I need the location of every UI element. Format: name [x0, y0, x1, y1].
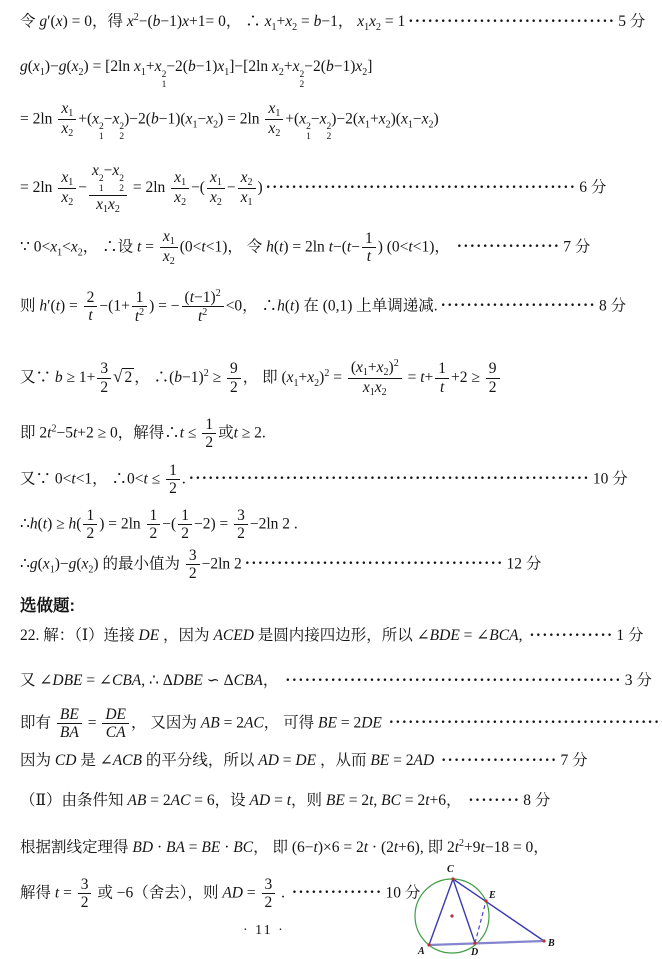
math-var: BC: [381, 792, 401, 809]
denominator: 2: [166, 480, 180, 497]
math-var: h: [30, 515, 38, 532]
text-run: −2ln 2: [202, 555, 242, 572]
label-D: D: [470, 947, 478, 957]
text-run: ∴: [20, 555, 30, 572]
text-run: = 2: [401, 792, 425, 809]
subscript: 2: [248, 177, 253, 188]
circle-center-point: [450, 914, 453, 917]
text-run: ) 在 (0,1) 上单调递减.: [294, 297, 437, 314]
point-B: [542, 939, 545, 942]
text-run: ): [258, 179, 263, 196]
text-run: ， ∴(: [134, 369, 174, 386]
dot-leader: ··············: [292, 884, 383, 901]
text-run: ·: [220, 839, 233, 856]
text-run: .: [277, 884, 289, 901]
text-run: )−2(: [331, 110, 358, 127]
text-run: 是圆内接四边形，所以 ∠: [254, 627, 430, 644]
text-run: <1)，: [413, 238, 454, 255]
math-var: x: [210, 169, 217, 186]
subscript: 2: [68, 197, 73, 208]
math-var: AB: [127, 792, 146, 809]
text-run: −1)(: [159, 110, 186, 127]
text-run: ]: [367, 58, 372, 75]
subscript: 1: [275, 108, 280, 119]
text-run: 解得: [20, 884, 55, 901]
text-run: 1: [205, 416, 213, 433]
text-run: +: [276, 13, 285, 30]
text-run: 2: [86, 525, 94, 542]
denominator: 2: [262, 894, 276, 911]
point-C: [451, 877, 454, 880]
text-run: −1): [196, 58, 218, 75]
text-run: ∽ Δ: [203, 672, 234, 689]
text-run: 9: [489, 360, 497, 377]
text-run: 2: [265, 894, 273, 911]
denominator: x2: [58, 120, 76, 139]
text-run: 的平分线，所以: [142, 752, 258, 769]
numerator: 9: [227, 360, 241, 378]
text-run: = 2ln: [20, 179, 56, 196]
fraction: 1t2: [132, 289, 147, 326]
numerator: 1: [202, 416, 216, 434]
solution-line-13: 22. 解：（Ⅰ）连接 DE ，因为 ACED 是圆内接四边形，所以 ∠BDE …: [20, 627, 644, 646]
text-run: 2: [87, 289, 95, 306]
text-run: =: [59, 884, 76, 901]
text-run: 10 分: [593, 470, 628, 487]
denominator: 2: [83, 525, 97, 542]
numerator: 9: [486, 360, 500, 378]
text-run: = 2: [220, 714, 244, 731]
math-var: x: [163, 248, 170, 265]
text-run: ≥: [209, 369, 225, 386]
text-run: 又∵ 0<: [20, 470, 71, 487]
text-run: 1 分: [616, 627, 643, 644]
solution-line-1: 令 g′(x) = 0，得 x2−(b−1)x+1= 0， ∴ x1+x2 = …: [20, 12, 645, 34]
math-var: x: [299, 110, 306, 127]
text-run: [434, 752, 438, 769]
fraction: x1x2: [58, 100, 76, 139]
figure-points: [427, 877, 545, 946]
text-run: 1: [86, 507, 94, 524]
subscript: 2: [275, 128, 280, 139]
math-var: x: [71, 238, 78, 255]
text-run: 2: [169, 480, 177, 497]
text-run: ， 可得: [264, 714, 318, 731]
text-run: 选做题:: [20, 597, 75, 615]
fraction: 32: [262, 876, 276, 912]
math-var: t: [440, 379, 444, 396]
text-run: 2: [189, 565, 197, 582]
text-run: 1: [365, 230, 373, 247]
denominator: 2: [97, 379, 111, 396]
radicand: 2: [122, 368, 134, 388]
fraction: (t−1)2t2: [182, 288, 224, 326]
numerator: 1: [166, 462, 180, 480]
subscript: 2: [327, 133, 332, 143]
denominator: BA: [57, 724, 82, 741]
fraction: 12: [83, 507, 97, 543]
subscript: 1: [217, 177, 222, 188]
text-run: −: [351, 238, 360, 255]
text-run: −(1+: [99, 297, 129, 314]
denominator: x2: [160, 248, 178, 267]
text-run: 2: [230, 379, 238, 396]
text-run: 2: [81, 894, 89, 911]
math-var: g: [30, 555, 38, 572]
text-run: ∴: [20, 515, 30, 532]
solution-line-2: g(x1)−g(x2) = [2ln x1+x21−2(b−1)x1]−[2ln…: [20, 58, 372, 91]
section-heading: 选做题:: [20, 597, 75, 617]
text-run: −: [413, 110, 422, 127]
denominator: 2: [178, 525, 192, 542]
text-run: )−: [55, 555, 69, 572]
dot-leader: ································: [408, 13, 615, 30]
text-run: =: [329, 369, 346, 386]
math-var: DE: [361, 714, 382, 731]
fraction: 12: [147, 507, 161, 543]
text-run: +2 ≥ 0，解得∴: [77, 424, 180, 441]
point-D: [473, 941, 476, 944]
text-run: 3: [237, 507, 245, 524]
text-run: +1= 0， ∴: [189, 13, 265, 30]
text-run: −(: [333, 238, 347, 255]
label-C: C: [447, 864, 454, 875]
text-run: 22. 解：（Ⅰ）连接: [20, 627, 139, 644]
denominator: t2: [182, 307, 224, 325]
text-run: ≤: [148, 470, 164, 487]
text-run: ) = 0，得: [63, 13, 127, 30]
text-run: = ∠: [460, 627, 489, 644]
text-run: )×6 = 2: [318, 839, 364, 856]
text-run: （Ⅱ）由条件知: [20, 792, 127, 809]
solution-line-8: 即 2t2−5t+2 ≥ 0，解得∴t ≤ 12或t ≥ 2.: [20, 416, 266, 452]
subscript: 1: [248, 197, 253, 208]
text-run: ， 又因为: [131, 714, 201, 731]
text-run: 2: [150, 525, 158, 542]
text-run: ,: [373, 792, 381, 809]
fraction: 12: [166, 462, 180, 498]
math-var: BCA: [489, 627, 518, 644]
fraction: x1x2: [207, 169, 225, 208]
denominator: x2: [58, 189, 76, 208]
text-run: −: [104, 110, 113, 127]
math-var: DBE: [52, 672, 82, 689]
text-run: =: [84, 714, 101, 731]
text-run: · (2: [368, 839, 394, 856]
text-run: =: [270, 792, 287, 809]
math-var: x: [43, 555, 50, 572]
subscript: 2: [382, 387, 387, 398]
text-run: −2) =: [194, 515, 232, 532]
text-run: .: [182, 470, 186, 487]
fraction: x1x2: [160, 228, 178, 267]
math-var: ACED: [213, 627, 253, 644]
text-run: 即 2: [20, 424, 47, 441]
solution-line-3: = 2ln x1x2+(x21−x22)−2(b−1)(x1−x2) = 2ln…: [20, 100, 439, 143]
text-run: =: [141, 238, 158, 255]
text-run: = 2ln: [20, 110, 56, 127]
text-run: 3: [100, 360, 108, 377]
text-run: 1: [136, 289, 144, 306]
denominator: x1: [238, 189, 256, 208]
fraction: (x1+x2)2x1x2: [348, 358, 402, 398]
text-run: 2: [100, 379, 108, 396]
math-var: CBA: [112, 672, 141, 689]
sub-sup-stack: 22: [119, 175, 124, 195]
page-number: · 11 ·: [243, 923, 285, 939]
math-var: DE: [295, 752, 316, 769]
denominator: t2: [132, 307, 147, 325]
label-A: A: [417, 946, 425, 957]
text-run: 5 分: [618, 13, 645, 30]
text-run: , ∴ Δ: [141, 672, 172, 689]
math-var: AD: [250, 792, 271, 809]
text-run: 1: [150, 507, 158, 524]
radical-sign: √: [113, 368, 122, 385]
denominator: x1x2: [348, 379, 402, 398]
text-run: 或: [218, 424, 234, 441]
math-var: x: [210, 189, 217, 206]
math-var: DE: [105, 706, 126, 723]
text-run: 又 ∠: [20, 672, 52, 689]
fraction: 92: [227, 360, 241, 396]
solution-line-10: ∴h(t) ≥ h(12) = 2ln 12−(12−2) = 32−2ln 2…: [20, 507, 298, 543]
text-run: −(: [139, 13, 153, 30]
point-A: [427, 943, 430, 946]
text-run: 3: [189, 547, 197, 564]
text-run: ) = 2ln: [218, 110, 263, 127]
denominator: t: [435, 379, 449, 396]
text-run: ，则: [291, 792, 326, 809]
math-var: BE: [201, 839, 220, 856]
math-var: AD: [222, 884, 243, 901]
numerator: 3: [234, 507, 248, 525]
text-run: ) (0<: [378, 238, 409, 255]
document-page: 令 g′(x) = 0，得 x2−(b−1)x+1= 0， ∴ x1+x2 = …: [0, 0, 662, 959]
subscript: 2: [115, 204, 120, 215]
math-var: g: [20, 58, 28, 75]
text-run: +: [299, 369, 308, 386]
subscript: 2: [119, 133, 124, 143]
numerator: 3: [262, 876, 276, 894]
segment-AB: [429, 941, 544, 945]
text-run: +: [284, 58, 293, 75]
fraction: BEBA: [57, 706, 82, 742]
math-var: CD: [55, 752, 77, 769]
numerator: 1: [147, 507, 161, 525]
text-run: 3 分: [625, 672, 652, 689]
text-run: 又∵: [20, 369, 55, 386]
text-run: 9: [230, 360, 238, 377]
numerator: 1: [178, 507, 192, 525]
math-var: ACB: [113, 752, 142, 769]
denominator: x1x2: [89, 196, 127, 215]
math-var: BE: [60, 706, 79, 723]
text-run: +: [368, 359, 377, 376]
text-run: )−2(: [124, 110, 151, 127]
math-var: h: [277, 297, 285, 314]
math-var: x: [56, 13, 63, 30]
denominator: x2: [265, 120, 283, 139]
fraction: x21−x22x1x2: [89, 162, 127, 215]
numerator: x2: [238, 169, 256, 189]
text-run: ≥ 1+: [63, 369, 96, 386]
text-run: +: [146, 58, 155, 75]
text-run: ′(: [47, 297, 56, 314]
dot-leader: ········································…: [389, 714, 662, 731]
fraction: 12: [202, 416, 216, 452]
text-run: ，从而: [316, 752, 370, 769]
subscript: 1: [99, 133, 104, 143]
numerator: BE: [57, 706, 82, 724]
fraction: 32: [234, 507, 248, 543]
text-run: ′(: [47, 13, 56, 30]
text-run: +6), 即 2: [398, 839, 455, 856]
text-run: 12 分: [507, 555, 542, 572]
text-run: −: [197, 110, 206, 127]
text-run: 2: [489, 379, 497, 396]
numerator: 1: [83, 507, 97, 525]
math-var: AD: [414, 752, 435, 769]
solution-line-9: 又∵ 0<t<1， ∴0<t ≤ 12.····················…: [20, 462, 628, 498]
solution-line-6: 则 h′(t) = 2t−(1+1t2) = −(t−1)2t2<0， ∴h(t…: [20, 288, 626, 326]
triangle-edges: [429, 879, 544, 945]
text-run: +9: [464, 839, 481, 856]
text-run: ) = 2ln: [283, 238, 328, 255]
numerator: 1: [362, 230, 376, 248]
math-var: AB: [201, 714, 220, 731]
math-var: x: [241, 169, 248, 186]
math-var: AC: [244, 714, 264, 731]
fraction: 32: [97, 360, 111, 396]
math-var: CBA: [234, 672, 263, 689]
text-run: −1): [334, 58, 356, 75]
text-run: ): [433, 110, 438, 127]
segment-CD: [453, 879, 475, 943]
numerator: 3: [97, 360, 111, 378]
text-run: 根据割线定理得: [20, 839, 132, 856]
label-E: E: [488, 890, 496, 901]
text-run: = 6，设: [190, 792, 249, 809]
math-var: x: [92, 162, 99, 179]
math-var: BA: [60, 724, 79, 741]
geometry-figure: A B C D E: [405, 857, 655, 957]
text-run: −(: [191, 179, 205, 196]
numerator: x1: [171, 169, 189, 189]
text-run: 2: [237, 525, 245, 542]
math-var: x: [113, 110, 120, 127]
math-var: DE: [139, 627, 160, 644]
text-run: −2(: [166, 58, 188, 75]
math-var: x: [155, 58, 162, 75]
math-var: AC: [171, 792, 191, 809]
math-var: t: [88, 307, 92, 324]
fraction: x1x2: [265, 100, 283, 139]
denominator: x2: [171, 189, 189, 208]
dot-leader: ·············: [529, 627, 613, 644]
math-var: x: [375, 379, 382, 396]
text-run: +(: [285, 110, 299, 127]
text-run: )(: [391, 110, 401, 127]
segment-AC: [429, 879, 453, 945]
fraction: 32: [78, 876, 92, 912]
text-run: (: [76, 515, 81, 532]
subscript: 1: [68, 177, 73, 188]
solution-line-5: ∵ 0<x1<x2， ∴设 t = x1x2(0<t<1)， 令 h(t) = …: [20, 228, 590, 267]
math-var: h: [39, 297, 47, 314]
solution-line-14: 又 ∠DBE = ∠CBA, ∴ ΔDBE ∽ ΔCBA， ··········…: [20, 672, 652, 691]
superscript: 2: [394, 358, 399, 369]
dot-leader: ········································: [245, 555, 504, 572]
solution-line-11: ∴g(x1)−g(x2) 的最小值为 32−2ln 2·············…: [20, 547, 541, 583]
math-var: x: [363, 379, 370, 396]
math-var: g: [39, 13, 47, 30]
solution-line-7: 又∵ b ≥ 1+32√2， ∴(b−1)2 ≥ 92， 即 (x1+x2)2 …: [20, 358, 502, 398]
text-run: 7 分: [563, 238, 590, 255]
math-var: x: [358, 110, 365, 127]
math-var: BDE: [430, 627, 460, 644]
subscript: 2: [119, 185, 124, 195]
numerator: 3: [186, 547, 200, 565]
math-var: t: [367, 248, 371, 265]
fraction: 1t: [362, 230, 376, 266]
subscript: 2: [181, 197, 186, 208]
math-var: x: [33, 58, 40, 75]
subscript: 2: [217, 197, 222, 208]
dot-leader: ··················: [441, 752, 557, 769]
math-var: b: [55, 369, 63, 386]
text-run: −1): [182, 369, 204, 386]
subscript: 1: [162, 81, 167, 91]
math-var: x: [127, 13, 134, 30]
math-var: x: [379, 110, 386, 127]
solution-line-17: （Ⅱ）由条件知 AB = 2AC = 6，设 AD = t，则 BE = 2t,…: [20, 792, 550, 811]
denominator: 2: [147, 525, 161, 542]
math-var: x: [320, 110, 327, 127]
denominator: 2: [486, 379, 500, 396]
text-run: 2: [181, 525, 189, 542]
text-run: ,: [519, 627, 527, 644]
math-var: AD: [258, 752, 279, 769]
fraction: 92: [486, 360, 500, 396]
text-run: =: [404, 369, 421, 386]
text-run: −: [78, 179, 87, 196]
fraction: 12: [178, 507, 192, 543]
fraction: x2x1: [238, 169, 256, 208]
text-run: ) = 2ln: [99, 515, 144, 532]
text-run: 1: [181, 507, 189, 524]
text-run: 即有: [20, 714, 55, 731]
text-run: ) 的最小值为: [93, 555, 183, 572]
text-run: ∵ 0<: [20, 238, 50, 255]
text-run: <0， ∴: [226, 297, 277, 314]
dot-leader: ········································…: [266, 179, 577, 196]
text-run: 是 ∠: [76, 752, 112, 769]
text-run: −2(: [304, 58, 326, 75]
fraction: 2t: [84, 289, 98, 325]
numerator: x1: [58, 100, 76, 120]
text-run: (0<: [180, 238, 202, 255]
text-run: = 2: [345, 792, 369, 809]
text-run: = 1: [381, 13, 405, 30]
numerator: (x1+x2)2: [348, 358, 402, 379]
subscript: 1: [99, 185, 104, 195]
dot-leader: ········································…: [189, 470, 590, 487]
text-run: ，因为: [159, 627, 213, 644]
text-run: −1，: [321, 13, 357, 30]
text-run: −18 = 0，: [485, 839, 549, 856]
solution-line-18: 根据割线定理得 BD · BA = BE · BC， 即 (6−t)×6 = 2…: [20, 838, 549, 858]
